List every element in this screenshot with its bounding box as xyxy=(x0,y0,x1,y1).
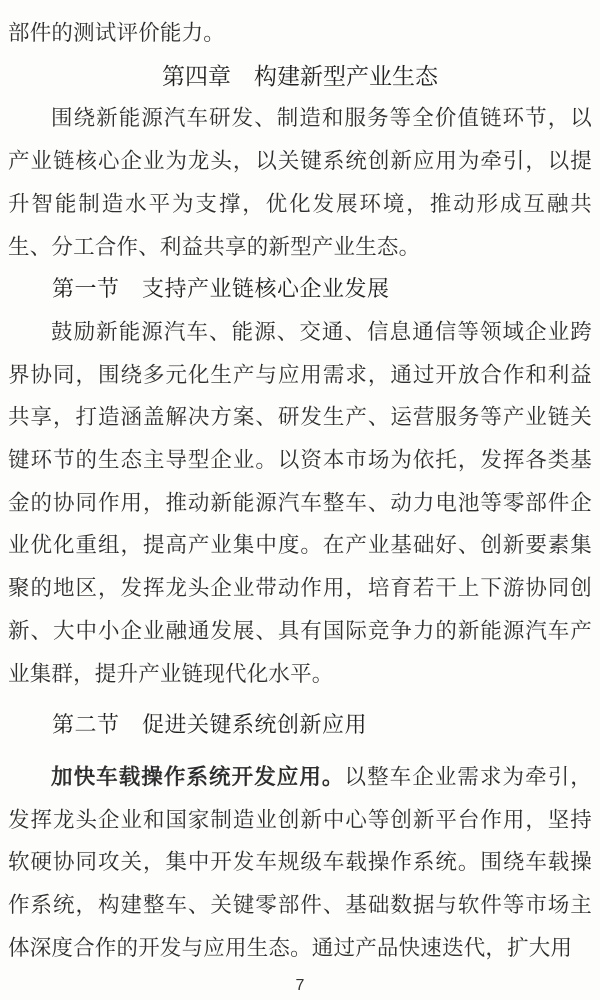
document-page: 部件的测试评价能力。 第四章 构建新型产业生态 围绕新能源汽车研发、制造和服务等… xyxy=(0,0,600,1000)
page-number: 7 xyxy=(8,975,592,997)
chapter-intro-paragraph: 围绕新能源汽车研发、制造和服务等全价值链环节，以产业链核心企业为龙头，以关键系统… xyxy=(8,97,592,268)
section-2-paragraph-lead: 加快车载操作系统开发应用。 xyxy=(51,765,345,789)
chapter-heading: 第四章 构建新型产业生态 xyxy=(8,55,592,98)
section-1-paragraph: 鼓励新能源汽车、能源、交通、信息通信等领域企业跨界协同，围绕多元化生产与应用需求… xyxy=(8,311,592,695)
section-2-heading: 第二节 促进关键系统创新应用 xyxy=(8,704,592,747)
section-2-paragraph: 加快车载操作系统开发应用。以整车企业需求为牵引，发挥龙头企业和国家制造业创新中心… xyxy=(8,756,592,970)
section-1-heading: 第一节 支持产业链核心企业发展 xyxy=(8,268,592,311)
section-2-paragraph-rest: 以整车企业需求为牵引，发挥龙头企业和国家制造业创新中心等创新平台作用，坚持软硬协… xyxy=(8,765,592,960)
paragraph-tail: 部件的测试评价能力。 xyxy=(8,12,592,55)
